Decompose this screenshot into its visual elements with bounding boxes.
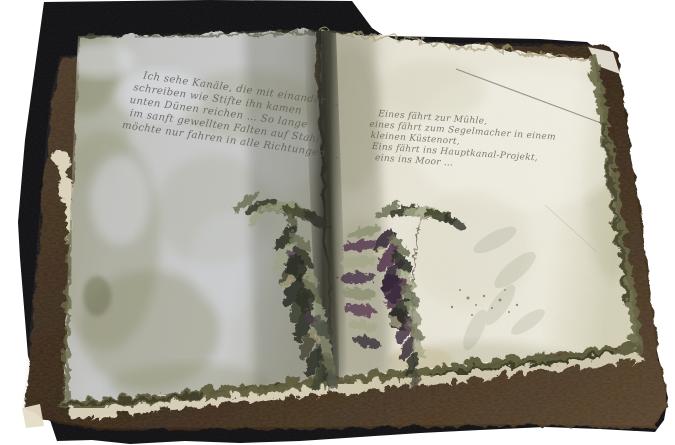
photo-open-artist-book: Ich sehe Kanäle, die mit einander … schr… (0, 0, 675, 445)
book-photo-canvas: Ich sehe Kanäle, die mit einander … schr… (0, 0, 675, 445)
